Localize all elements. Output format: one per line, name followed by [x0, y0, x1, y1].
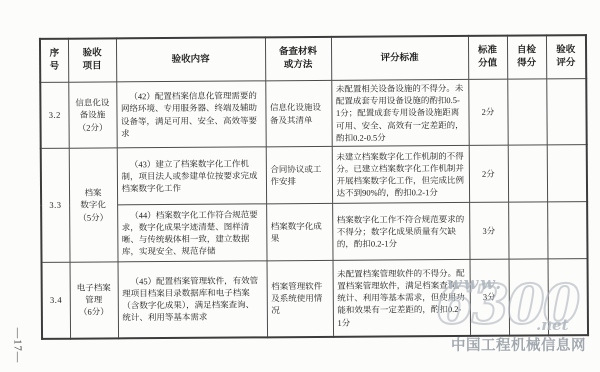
row-item: 电子档案 管理 （6分）	[70, 262, 119, 338]
row-accept-score-empty	[548, 259, 589, 335]
row-criteria: 未配置档案管理软件的不得分。配置档案管理软件，满足档案查询、统计、利用等基本需求…	[333, 259, 471, 336]
row-item: 档案 数字化 （5分）	[69, 148, 118, 262]
row-self-score-empty	[508, 202, 547, 259]
row-content: （43）建立了档案数字化工作机制，项目法人或参建单位按要求完成档案数字化工作	[117, 147, 266, 205]
row-material: 档案管理软件及系统使用情况	[267, 260, 334, 336]
row-criteria: 档案数字化工作不符合规范要求的不得分；数字化成果质量有欠缺的，酌扣0.2-1分	[332, 202, 469, 260]
row-std-score: 3分	[470, 259, 510, 335]
row-self-score-empty	[507, 79, 546, 145]
acceptance-scoring-table: 序 号 验收 项目 验收内容 备查材料 或方法 评分标准 标准 分值 自检 得分…	[39, 34, 589, 339]
row-std-score: 2分	[469, 145, 508, 202]
row-no: 3.2	[40, 82, 68, 148]
table-row-3-3b: （44）档案数字化工作符合规范要求，数字化成果字迹清楚、图样清晰、与传统载体相一…	[41, 202, 587, 263]
watermark-site-name: 中国工程机械信息网	[451, 334, 586, 355]
row-item: 信息化设 备设施 （2分）	[68, 82, 116, 148]
table-row-3-2: 3.2 信息化设 备设施 （2分） （42）配置档案信息化管理需要的网络环境、专…	[40, 79, 586, 149]
row-material: 合同协议或工作安排	[266, 146, 332, 203]
row-std-score: 2分	[468, 79, 507, 145]
row-criteria: 未建立档案数字化工作机制的不得分。已建立档案数字化工作机制并开展档案数字化工作，…	[332, 145, 469, 203]
row-material: 档案数字化成果	[266, 203, 332, 260]
col-header-material: 备查材料 或方法	[265, 37, 331, 81]
col-header-std-score: 标准 分值	[468, 36, 507, 80]
row-no: 3.4	[42, 262, 71, 338]
row-accept-score-empty	[547, 145, 587, 202]
row-std-score: 3分	[469, 202, 508, 259]
col-header-self-score: 自检 得分	[507, 35, 546, 79]
table-sheet: 序 号 验收 项目 验收内容 备查材料 或方法 评分标准 标准 分值 自检 得分…	[39, 34, 589, 339]
row-criteria: 未配置相关设备设施的不得分。未配置成套专用设备设施的酌扣0.5-1分；配置成套专…	[331, 79, 468, 146]
row-accept-score-empty	[547, 202, 587, 259]
row-material: 信息化设施设备及其清单	[265, 80, 331, 146]
col-header-accept-score: 验收 评分	[546, 35, 586, 79]
row-content: （42）配置档案信息化管理需要的网络环境、专用服务器、终端及辅助设备等，满足可用…	[116, 81, 265, 148]
scanned-document-page: 序 号 验收 项目 验收内容 备查材料 或方法 评分标准 标准 分值 自检 得分…	[0, 0, 600, 372]
col-header-no: 序 号	[40, 39, 68, 83]
row-content: （45）配置档案管理软件，有效管理项目档案目录数据库和电子档案（含数字化成果），…	[118, 261, 268, 338]
page-number: —17—	[12, 328, 23, 364]
row-self-score-empty	[508, 145, 547, 202]
header-row: 序 号 验收 项目 验收内容 备查材料 或方法 评分标准 标准 分值 自检 得分…	[40, 35, 586, 82]
col-header-item: 验收 项目	[68, 38, 116, 82]
table-row-3-3a: 3.3 档案 数字化 （5分） （43）建立了档案数字化工作机制，项目法人或参建…	[41, 145, 587, 206]
col-header-criteria: 评分标准	[331, 36, 468, 80]
table-row-3-4: 3.4 电子档案 管理 （6分） （45）配置档案管理软件，有效管理项目档案目录…	[42, 259, 589, 339]
row-content: （44）档案数字化工作符合规范要求，数字化成果字迹清楚、图样清晰、与传统载体相一…	[117, 204, 266, 262]
row-accept-score-empty	[546, 79, 586, 145]
col-header-content: 验收内容	[116, 37, 265, 82]
row-no: 3.3	[41, 148, 70, 262]
row-self-score-empty	[509, 259, 549, 335]
